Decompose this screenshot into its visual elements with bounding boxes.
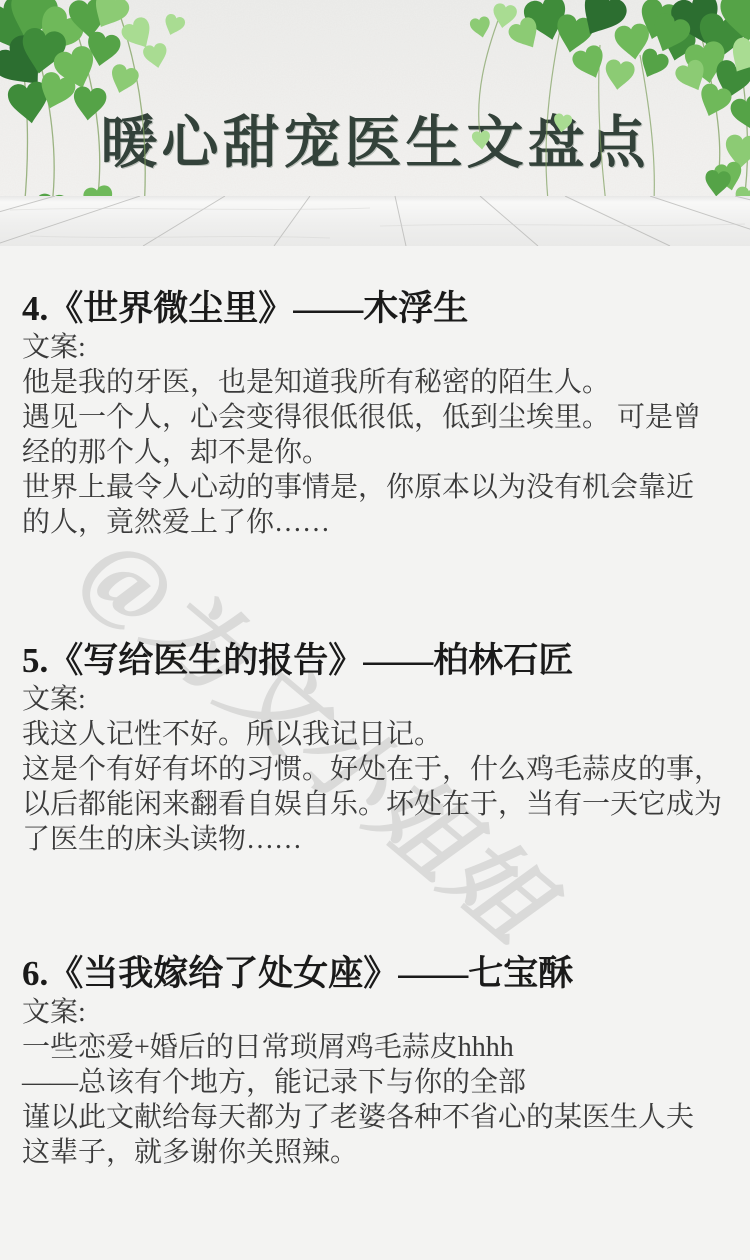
copy-line: 这辈子，就多谢你关照辣。 (22, 1135, 734, 1170)
book-copy: 文案: 他是我的牙医，也是知道我所有秘密的陌生人。 遇见一个人，心会变得很低很低… (22, 330, 734, 540)
page: { "header": { "title": "暖心甜宠医生文盘点" }, "w… (0, 0, 750, 1260)
copy-label: 文案: (22, 330, 734, 365)
book-list: 4.《世界微尘里》——木浮生 文案: 他是我的牙医，也是知道我所有秘密的陌生人。… (0, 246, 750, 1170)
book-entry-4: 4.《世界微尘里》——木浮生 文案: 他是我的牙医，也是知道我所有秘密的陌生人。… (22, 288, 734, 540)
book-entry-5: 5.《写给医生的报告》——柏林石匠 文案: 我这人记性不好。所以我记日记。 这是… (22, 640, 734, 857)
copy-line: 一些恋爱+婚后的日常琐屑鸡毛蒜皮hhhh (22, 1030, 734, 1065)
book-heading: 6.《当我嫁给了处女座》——七宝酥 (22, 953, 734, 995)
copy-line: 他是我的牙医，也是知道我所有秘密的陌生人。 (22, 365, 734, 400)
copy-line: 了医生的床头读物…… (22, 822, 734, 857)
copy-line: 我这人记性不好。所以我记日记。 (22, 717, 734, 752)
header-photo: 暖心甜宠医生文盘点 (0, 0, 750, 246)
book-heading: 5.《写给医生的报告》——柏林石匠 (22, 640, 734, 682)
copy-line: 这是个有好有坏的习惯。好处在于，什么鸡毛蒜皮的事， (22, 752, 734, 787)
copy-line: 世界上最令人心动的事情是，你原本以为没有机会靠近 (22, 470, 734, 505)
copy-line: 经的那个人，却不是你。 (22, 435, 734, 470)
promo-image: 暖心甜宠医生文盘点 (0, 0, 750, 1260)
copy-label: 文案: (22, 995, 734, 1030)
copy-label: 文案: (22, 682, 734, 717)
copy-line: ——总该有个地方，能记录下与你的全部 (22, 1065, 734, 1100)
book-entry-6: 6.《当我嫁给了处女座》——七宝酥 文案: 一些恋爱+婚后的日常琐屑鸡毛蒜皮hh… (22, 953, 734, 1170)
wall-floor-seam (0, 196, 750, 202)
book-copy: 文案: 一些恋爱+婚后的日常琐屑鸡毛蒜皮hhhh ——总该有个地方，能记录下与你… (22, 995, 734, 1170)
vine-right-icon (646, 0, 750, 215)
floor-surface (0, 196, 750, 246)
copy-line: 以后都能闲来翻看自娱自乐。坏处在于，当有一天它成为 (22, 787, 734, 822)
copy-line: 的人，竟然爱上了你…… (22, 505, 734, 540)
book-copy: 文案: 我这人记性不好。所以我记日记。 这是个有好有坏的习惯。好处在于，什么鸡毛… (22, 682, 734, 857)
copy-line: 遇见一个人，心会变得很低很低，低到尘埃里。 可是曾 (22, 400, 734, 435)
copy-line: 谨以此文献给每天都为了老婆各种不省心的某医生人夫 (22, 1100, 734, 1135)
book-heading: 4.《世界微尘里》——木浮生 (22, 288, 734, 330)
wood-floor (0, 196, 750, 246)
